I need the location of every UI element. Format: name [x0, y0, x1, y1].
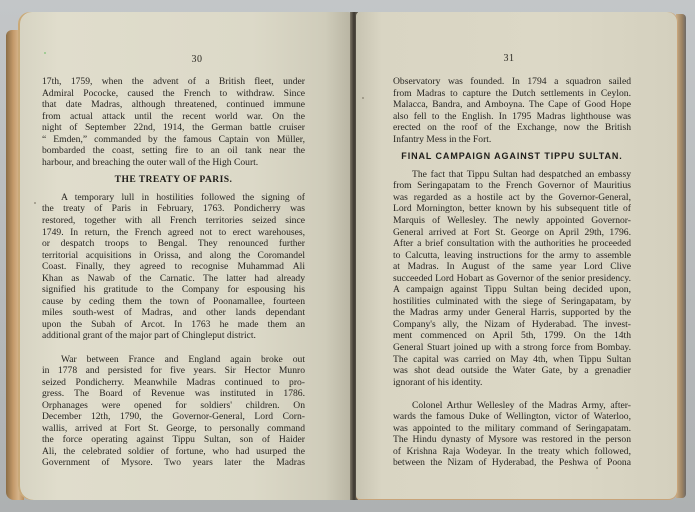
text-line: General arrived at Fort St. George on Ap… — [393, 227, 631, 239]
spacer — [393, 388, 631, 400]
page-number: 30 — [30, 54, 364, 65]
section-heading: FINAL CAMPAIGN AGAINST TIPPU SULTAN. — [393, 151, 631, 163]
text-line: hostilities culminated with the siege of… — [393, 296, 631, 308]
paper-speck — [34, 202, 36, 204]
text-line: upon the Subah of Arcot. In 1763 he made… — [42, 319, 305, 331]
text-line: cause by ceding them the town of Poonama… — [42, 296, 305, 308]
left-page-text: 17th, 1759, when the advent of a British… — [42, 76, 305, 469]
text-line: signified his gratitude to the Company f… — [42, 284, 305, 296]
text-line: wallis, arrived at Fort St. George, to p… — [42, 423, 305, 435]
spacer — [42, 342, 305, 354]
text-line: from actual attack until the recent worl… — [42, 111, 305, 123]
paragraph: The fact that Tippu Sultan had despatche… — [393, 169, 631, 388]
text-line: Infantry Mess in the Fort. — [393, 134, 631, 146]
text-line: After a brief consultation with the auth… — [393, 238, 631, 250]
paper-speck — [596, 467, 598, 469]
paragraph: A temporary lull in hostilities followed… — [42, 192, 305, 342]
text-line: was regarded as a hostile act by the Gov… — [393, 192, 631, 204]
text-line: Ali, the celebrated soldier of fortune, … — [42, 446, 305, 458]
text-line: Observatory was founded. In 1794 a squad… — [393, 76, 631, 88]
text-line: erected on the roof of the Exchange, now… — [393, 122, 631, 134]
text-line: or despatch troops to Bengal. They renou… — [42, 238, 305, 250]
text-line: The fact that Tippu Sultan had despatche… — [393, 169, 631, 181]
text-line: that date Madras, although threatened, c… — [42, 99, 305, 111]
text-line: Government of Mysore. Two years later th… — [42, 457, 305, 469]
paragraph: Colonel Arthur Wellesley of the Madras A… — [393, 400, 631, 469]
text-line: additional grant of the major part of Ch… — [42, 330, 305, 342]
text-line: Company's ally, the Nizam of Hyderabad. … — [393, 319, 631, 331]
text-line: the treaty of Paris in February, 1763. P… — [42, 203, 305, 215]
section-heading: THE TREATY OF PARIS. — [42, 174, 305, 186]
text-line: A temporary lull in hostilities followed… — [42, 192, 305, 204]
text-line: December 12th, 1790, the Governor-Genera… — [42, 411, 305, 423]
text-line: in 1778 and persisted for five years. Si… — [42, 365, 305, 377]
text-line: Lord Mornington, better known by his sub… — [393, 203, 631, 215]
text-line: bombarded the coast, setting fire to an … — [42, 145, 305, 157]
text-line: to Calcutta, leaving instructions for th… — [393, 250, 631, 262]
text-line: War between France and England again bro… — [42, 354, 305, 366]
right-page-text: Observatory was founded. In 1794 a squad… — [393, 76, 631, 469]
text-line: of Krishna Raja Wodeyar. In the treaty w… — [393, 446, 631, 458]
text-line: Colonel Arthur Wellesley of the Madras A… — [393, 400, 631, 412]
left-page: 30 17th, 1759, when the advent of a Brit… — [18, 12, 352, 500]
paper-speck — [44, 52, 46, 54]
text-line: territorial acquisitions in Orissa, and … — [42, 250, 305, 262]
paragraph: War between France and England again bro… — [42, 354, 305, 469]
paragraph: 17th, 1759, when the advent of a British… — [42, 76, 305, 168]
text-line: from Madras to capture the Dutch settlem… — [393, 88, 631, 100]
text-line: ignorant of his identity. — [393, 377, 631, 389]
text-line: miles south-west of Madras, and other la… — [42, 307, 305, 319]
text-line: Khan as Nawab of the Carnatic. The latte… — [42, 273, 305, 285]
paragraph: Observatory was founded. In 1794 a squad… — [393, 76, 631, 145]
text-line: also fell to the English. In 1795 Madras… — [393, 111, 631, 123]
open-book: 30 17th, 1759, when the advent of a Brit… — [0, 0, 695, 512]
text-line: The Hindu dynasty of Mysore was restored… — [393, 434, 631, 446]
right-page: 31 Observatory was founded. In 1794 a sq… — [356, 12, 678, 500]
text-line: gress. The Board of Revenue was institut… — [42, 388, 305, 400]
page-number: 31 — [348, 53, 670, 64]
text-line: succeeded Lord Hobart as Governor of the… — [393, 273, 631, 285]
text-line: A campaign against Tippu Sultan being de… — [393, 284, 631, 296]
paper-speck — [362, 97, 364, 99]
text-line: night of September 22nd, 1914, the Germa… — [42, 122, 305, 134]
text-line: from Seringapatam to the French Governor… — [393, 180, 631, 192]
text-line: “ Emden,” commanded by the famous Captai… — [42, 134, 305, 146]
text-line: the force operating against Tippu Sultan… — [42, 434, 305, 446]
text-line: was appointed to the military command of… — [393, 423, 631, 435]
text-line: Malacca, Bandra, and Amboyna. The Cape o… — [393, 99, 631, 111]
text-line: ment commenced on April 5th, 1799. On th… — [393, 330, 631, 342]
text-line: Admiral Pococke, caused the French to wi… — [42, 88, 305, 100]
text-line: at Madras. In August of the same year Lo… — [393, 261, 631, 273]
text-line: The capital was carried on May 4th, when… — [393, 354, 631, 366]
text-line: wards the famous Duke of Wellington, vic… — [393, 411, 631, 423]
text-line: General Stuart joined up with a strong f… — [393, 342, 631, 354]
text-line: Orphanages were opened for soldiers' chi… — [42, 400, 305, 412]
text-line: restored, together with all French terri… — [42, 215, 305, 227]
text-line: the Madras army under General Harris, su… — [393, 307, 631, 319]
text-line: 1749. In return, the French agreed not t… — [42, 227, 305, 239]
text-line: harbour, and breaching the outer wall of… — [42, 157, 305, 169]
text-line: seized Pondicherry. Meanwhile Madras con… — [42, 377, 305, 389]
text-line: was shot dead outside the Water Gate, by… — [393, 365, 631, 377]
text-line: Marquis of Wellesley. The newly appointe… — [393, 215, 631, 227]
text-line: Coast. Finally, they agreed to recognise… — [42, 261, 305, 273]
text-line: 17th, 1759, when the advent of a British… — [42, 76, 305, 88]
